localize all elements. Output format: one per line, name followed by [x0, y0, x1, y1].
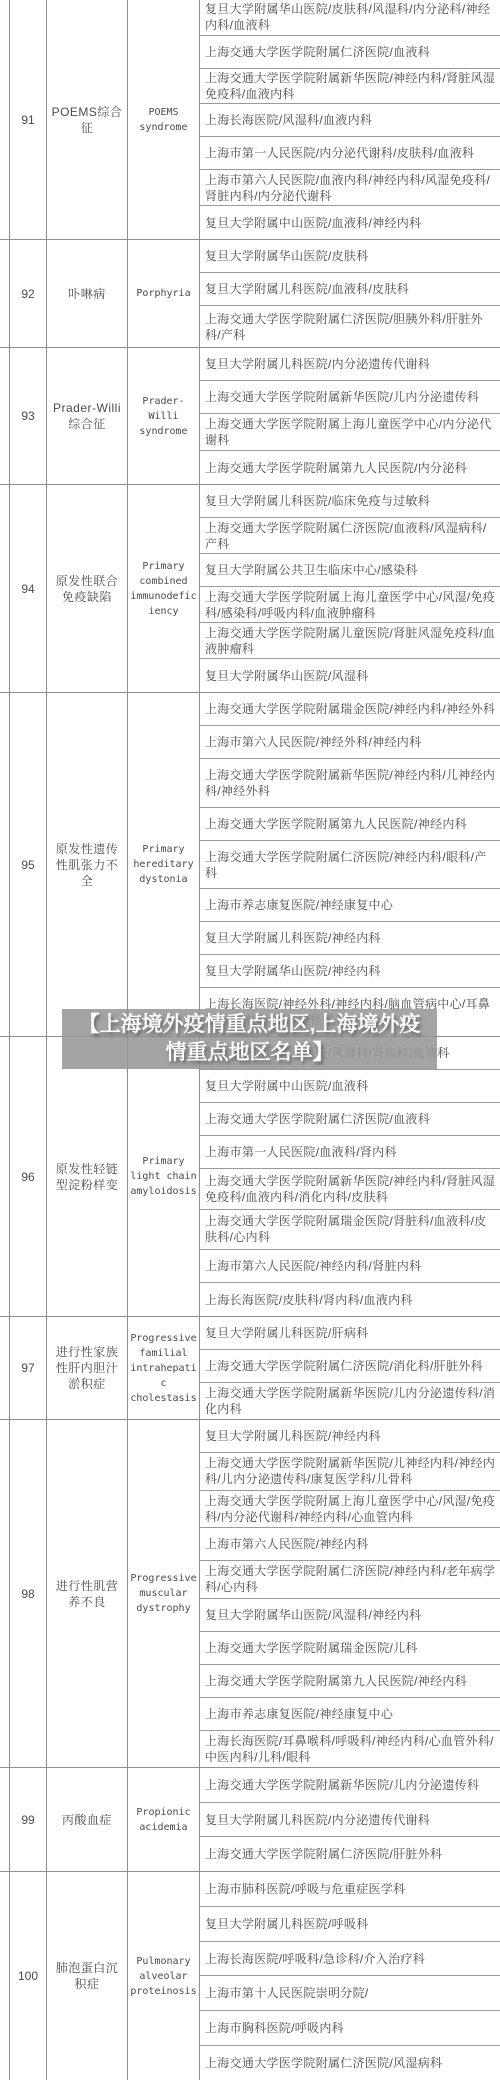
disease-name-cn: 丙酸血症 — [47, 1768, 128, 1871]
hospital-cell: 上海长海医院/皮肤科/肾内科/血液内科 — [200, 1283, 500, 1316]
hospital-list: 复旦大学附属华山医院/皮肤科复旦大学附属儿科医院/血液科/皮肤科上海交通大学医学… — [200, 240, 500, 347]
hospital-cell: 复旦大学附属儿科医院/血液科/皮肤科 — [200, 273, 500, 306]
disease-name-en-text: Primary combined immunodeficiency — [129, 559, 198, 619]
disease-name-en-text: Primary hereditary dystonia — [129, 842, 198, 887]
disease-name-cn: 原发性联合免疫缺陷 — [47, 485, 128, 692]
hospital-cell: 上海市第六人民医院/神经外科/神经内科 — [200, 726, 500, 759]
hospital-cell: 复旦大学附属儿科医院/内分泌遗传代谢科 — [200, 348, 500, 381]
hospital-list: 上海市肺科医院/呼吸与危重症医学科复旦大学附属儿科医院/呼吸科上海长海医院/呼吸… — [200, 1872, 500, 2080]
hospital-cell: 上海市第六人民医院/神经内科/肾脏内科 — [200, 1250, 500, 1283]
disease-number: 98 — [10, 1420, 47, 1767]
disease-name-en: Porphyria — [128, 240, 200, 347]
disease-name-cn: 原发性轻链型淀粉样变 — [47, 1037, 128, 1316]
hospital-cell: 上海交通大学医学院附属第九人民医院/神经内科 — [200, 808, 500, 841]
rare-disease-table-page: 91 POEMS综合征 POEMS syndrome 复旦大学附属华山医院/皮肤… — [0, 0, 500, 2080]
hospital-cell: 上海交通大学医学院附属瑞金医院/神经内科/神经外科 — [200, 693, 500, 726]
hospital-cell: 复旦大学附属华山医院/神经内科 — [200, 955, 500, 988]
hospital-cell: 上海市第六人民医院/神经内科 — [200, 1528, 500, 1561]
hospital-cell: 上海市肺科医院/呼吸与危重症医学科 — [200, 1872, 500, 1907]
disease-row: 93 Prader-Willi综合征 Prader-Willi syndrome… — [0, 348, 500, 485]
hospital-cell: 上海交通大学医学院附属仁济医院/肝脏外科 — [200, 1837, 500, 1871]
disease-name-en: POEMS syndrome — [128, 0, 200, 239]
hospital-cell: 上海市养志康复医院/神经康复中心 — [200, 1698, 500, 1731]
disease-name-cn: Prader-Willi综合征 — [47, 348, 128, 484]
left-margin-cell — [0, 1317, 10, 1419]
disease-name-cn-text: 进行性家族性肝内胆汁淤积症 — [50, 1344, 124, 1392]
hospital-cell: 复旦大学附属中山医院/血液科/神经内科 — [200, 206, 500, 239]
hospital-cell: 上海长海医院/呼吸科/急诊科/介入治疗科 — [200, 1942, 500, 1977]
disease-number: 97 — [10, 1317, 47, 1419]
disease-row: 91 POEMS综合征 POEMS syndrome 复旦大学附属华山医院/皮肤… — [0, 0, 500, 240]
disease-name-cn-text: 进行性肌营养不良 — [50, 1578, 124, 1610]
disease-number: 94 — [10, 485, 47, 692]
hospital-cell: 上海交通大学医学院附属仁济医院/神经内科/老年病学科/心内科 — [200, 1561, 500, 1599]
hospital-cell: 上海市第十人民医院崇明分院/ — [200, 1976, 500, 2011]
disease-name-cn-text: Prader-Willi综合征 — [50, 400, 124, 432]
disease-row: 95 原发性遗传性肌张力不全 Primary hereditary dyston… — [0, 693, 500, 1037]
hospital-cell: 上海交通大学医学院附属新华医院/儿内分泌遗传科 — [200, 1768, 500, 1803]
disease-number-text: 94 — [21, 582, 34, 596]
hospital-cell: 上海长海医院/耳鼻喉科/呼吸科/神经内科/心血管外科/中医内科/儿科/眼科 — [200, 1731, 500, 1768]
disease-row: 97 进行性家族性肝内胆汁淤积症 Progressive familial in… — [0, 1317, 500, 1420]
hospital-cell: 上海交通大学医学院附属仁济医院/血液科 — [200, 1103, 500, 1136]
disease-name-cn-text: 原发性轻链型淀粉样变 — [50, 1161, 124, 1193]
hospital-cell: 上海交通大学医学院附属仁济医院/消化科/肝脏外科 — [200, 1350, 500, 1383]
disease-number: 99 — [10, 1768, 47, 1871]
disease-row: 100 肺泡蛋白沉积症 Pulmonary alveolar proteinos… — [0, 1872, 500, 2080]
disease-name-en-text: Pulmonary alveolar proteinosis — [129, 1954, 198, 1999]
disease-name-en-text: Porphyria — [129, 286, 198, 301]
disease-number-text: 95 — [21, 858, 34, 872]
disease-name-cn-text: 卟啉病 — [50, 286, 124, 302]
disease-number-text: 98 — [21, 1587, 34, 1601]
hospital-cell: 复旦大学附属华山医院/皮肤科/风湿科/内分泌科/神经内科/血液科 — [200, 0, 500, 36]
hospital-cell: 上海交通大学医学院附属上海儿童医学中心/内分泌代谢科 — [200, 414, 500, 451]
disease-number: 91 — [10, 0, 47, 239]
hospital-cell: 上海交通大学医学院附属儿童医院/肾脏风湿免疫科/血液肿瘤科 — [200, 623, 500, 659]
hospital-cell: 上海交通大学医学院附属上海儿童医学中心/风湿/免疫科/内分泌代谢科/神经内科/心… — [200, 1491, 500, 1529]
hospital-cell: 上海交通大学医学院附属新华医院/神经内科/肾脏风湿免疫科/血液内科/消化内科/皮… — [200, 1169, 500, 1210]
hospital-cell: 复旦大学附属儿科医院/肝病科 — [200, 1317, 500, 1350]
hospital-cell: 上海交通大学医学院附属仁济医院/血液科 — [200, 36, 500, 69]
hospital-cell: 上海交通大学医学院附属新华医院/神经内科/肾脏风湿免疫科/血液内科 — [200, 69, 500, 105]
watermark-line2: 情重点地区名单】 — [166, 1039, 334, 1067]
left-margin-cell — [0, 1420, 10, 1767]
disease-name-en-text: Primary light chain amyloidosis — [129, 1154, 198, 1199]
left-margin-cell — [0, 485, 10, 692]
disease-row: 96 原发性轻链型淀粉样变 Primary light chain amyloi… — [0, 1037, 500, 1317]
hospital-cell: 复旦大学附属儿科医院/临床免疫与过敏科 — [200, 485, 500, 518]
hospital-list: 复旦大学附属华山医院/风湿科/肾病科/血液科复旦大学附属中山医院/血液科上海交通… — [200, 1037, 500, 1316]
disease-name-en: Prader-Willi syndrome — [128, 348, 200, 484]
hospital-cell: 上海市第六人民医院/血液内科/神经内科/风湿免疫科/肾脏内科/内分泌代谢科 — [200, 170, 500, 206]
disease-name-cn-text: 丙酸血症 — [50, 1812, 124, 1828]
disease-number: 96 — [10, 1037, 47, 1316]
hospital-list: 复旦大学附属儿科医院/神经内科上海交通大学医学院附属新华医院/儿神经内科/神经内… — [200, 1420, 500, 1767]
disease-name-cn-text: 肺泡蛋白沉积症 — [50, 1960, 124, 1992]
hospital-cell: 上海交通大学医学院附属瑞金医院/肾脏科/血液科/皮肤科/心内科 — [200, 1210, 500, 1251]
disease-name-cn: 进行性家族性肝内胆汁淤积症 — [47, 1317, 128, 1419]
hospital-cell: 上海交通大学医学院附属第九人民医院/神经内科 — [200, 1665, 500, 1698]
disease-name-cn: 原发性遗传性肌张力不全 — [47, 693, 128, 1036]
left-margin-cell — [0, 0, 10, 239]
hospital-cell: 复旦大学附属儿科医院/内分泌遗传代谢科 — [200, 1803, 500, 1838]
hospital-cell: 上海交通大学医学院附属仁济医院/神经内科/眼科/产科 — [200, 841, 500, 890]
hospital-cell: 上海交通大学医学院附属仁济医院/胆胰外科/肝脏外科/产科 — [200, 306, 500, 347]
disease-number: 92 — [10, 240, 47, 347]
disease-row: 94 原发性联合免疫缺陷 Primary combined immunodefi… — [0, 485, 500, 693]
hospital-cell: 复旦大学附属儿科医院/呼吸科 — [200, 1907, 500, 1942]
disease-name-en-text: Prader-Willi syndrome — [129, 394, 198, 439]
hospital-list: 复旦大学附属儿科医院/内分泌遗传代谢科上海交通大学医学院附属新华医院/儿内分泌遗… — [200, 348, 500, 484]
disease-number-text: 93 — [21, 409, 34, 423]
watermark-overlay: 【上海境外疫情重点地区,上海境外疫 情重点地区名单】 — [62, 1009, 437, 1069]
hospital-list: 上海交通大学医学院附属瑞金医院/神经内科/神经外科上海市第六人民医院/神经外科/… — [200, 693, 500, 1036]
hospital-cell: 复旦大学附属中山医院/血液科 — [200, 1070, 500, 1103]
disease-number: 93 — [10, 348, 47, 484]
disease-name-en: Progressive familial intrahepatic choles… — [128, 1317, 200, 1419]
hospital-cell: 上海交通大学医学院附属新华医院/神经内科/儿神经内科/神经外科 — [200, 759, 500, 808]
hospital-cell: 上海交通大学医学院附属第九人民医院/内分泌科 — [200, 451, 500, 484]
hospital-cell: 复旦大学附属儿科医院/神经内科 — [200, 1420, 500, 1453]
disease-name-cn: 肺泡蛋白沉积症 — [47, 1872, 128, 2080]
disease-number-text: 91 — [21, 113, 34, 127]
disease-name-en: Primary light chain amyloidosis — [128, 1037, 200, 1316]
left-margin-cell — [0, 1768, 10, 1871]
disease-row: 92 卟啉病 Porphyria 复旦大学附属华山医院/皮肤科复旦大学附属儿科医… — [0, 240, 500, 348]
hospital-list: 上海交通大学医学院附属新华医院/儿内分泌遗传科复旦大学附属儿科医院/内分泌遗传代… — [200, 1768, 500, 1871]
disease-name-cn: 进行性肌营养不良 — [47, 1420, 128, 1767]
disease-number-text: 96 — [21, 1170, 34, 1184]
disease-number: 100 — [10, 1872, 47, 2080]
hospital-cell: 上海交通大学医学院附属仁济医院/血液科/风湿病科/产科 — [200, 518, 500, 554]
hospital-cell: 上海市第一人民医院/血液科/肾内科 — [200, 1136, 500, 1169]
left-margin-cell — [0, 1037, 10, 1316]
hospital-list: 复旦大学附属华山医院/皮肤科/风湿科/内分泌科/神经内科/血液科上海交通大学医学… — [200, 0, 500, 239]
left-margin-cell — [0, 240, 10, 347]
disease-name-en: Primary hereditary dystonia — [128, 693, 200, 1036]
disease-number-text: 97 — [21, 1361, 34, 1375]
hospital-cell: 上海交通大学医学院附属上海儿童医学中心/风湿/免疫科/感染科/呼吸内科/血液肿瘤… — [200, 587, 500, 623]
left-margin-cell — [0, 348, 10, 484]
disease-row: 98 进行性肌营养不良 Progressive muscular dystrop… — [0, 1420, 500, 1768]
disease-name-en-text: Propionic acidemia — [129, 1805, 198, 1835]
hospital-cell: 上海市胸科医院/呼吸内科 — [200, 2011, 500, 2046]
hospital-cell: 上海交通大学医学院附属新华医院/儿神经内科/神经内科/儿内分泌遗传科/康复医学科… — [200, 1453, 500, 1491]
hospital-cell: 复旦大学附属儿科医院/神经内科 — [200, 922, 500, 955]
watermark-line1: 【上海境外疫情重点地区,上海境外疫 — [79, 1011, 421, 1039]
hospital-cell: 上海长海医院/风湿科/血液内科 — [200, 104, 500, 137]
disease-name-cn-text: POEMS综合征 — [50, 104, 124, 136]
hospital-list: 复旦大学附属儿科医院/肝病科上海交通大学医学院附属仁济医院/消化科/肝脏外科上海… — [200, 1317, 500, 1419]
left-margin-cell — [0, 693, 10, 1036]
hospital-cell: 上海市养志康复医院/神经康复中心 — [200, 889, 500, 922]
hospital-cell: 上海交通大学医学院附属仁济医院/风湿病科 — [200, 2046, 500, 2080]
disease-name-cn: 卟啉病 — [47, 240, 128, 347]
disease-name-cn: POEMS综合征 — [47, 0, 128, 239]
disease-number-text: 92 — [21, 287, 34, 301]
disease-name-en: Pulmonary alveolar proteinosis — [128, 1872, 200, 2080]
hospital-cell: 上海交通大学医学院附属新华医院/儿内分泌遗传科/消化内科 — [200, 1383, 500, 1419]
disease-name-en-text: Progressive muscular dystrophy — [129, 1571, 198, 1616]
hospital-cell: 复旦大学附属华山医院/皮肤科 — [200, 240, 500, 273]
disease-name-en: Progressive muscular dystrophy — [128, 1420, 200, 1767]
disease-name-cn-text: 原发性联合免疫缺陷 — [50, 573, 124, 605]
disease-name-en: Primary combined immunodeficiency — [128, 485, 200, 692]
hospital-cell: 复旦大学附属公共卫生临床中心/感染科 — [200, 554, 500, 587]
hospital-list: 复旦大学附属儿科医院/临床免疫与过敏科上海交通大学医学院附属仁济医院/血液科/风… — [200, 485, 500, 692]
hospital-cell: 复旦大学附属华山医院/风湿科 — [200, 659, 500, 692]
disease-row: 99 丙酸血症 Propionic acidemia 上海交通大学医学院附属新华… — [0, 1768, 500, 1872]
disease-number-text: 99 — [21, 1813, 34, 1827]
left-margin-cell — [0, 1872, 10, 2080]
hospital-cell: 上海交通大学医学院附属瑞金医院/儿科 — [200, 1632, 500, 1665]
disease-name-en-text: POEMS syndrome — [129, 105, 198, 135]
disease-name-en-text: Progressive familial intrahepatic choles… — [129, 1331, 198, 1406]
hospital-cell: 上海市第一人民医院/内分泌代谢科/皮肤科/血液科 — [200, 137, 500, 170]
disease-number: 95 — [10, 693, 47, 1036]
hospital-cell: 复旦大学附属华山医院/风湿科/神经内科 — [200, 1599, 500, 1632]
disease-name-en: Propionic acidemia — [128, 1768, 200, 1871]
hospital-cell: 上海交通大学医学院附属新华医院/儿内分泌遗传科 — [200, 381, 500, 414]
disease-number-text: 100 — [18, 1969, 38, 1983]
disease-name-cn-text: 原发性遗传性肌张力不全 — [50, 841, 124, 889]
